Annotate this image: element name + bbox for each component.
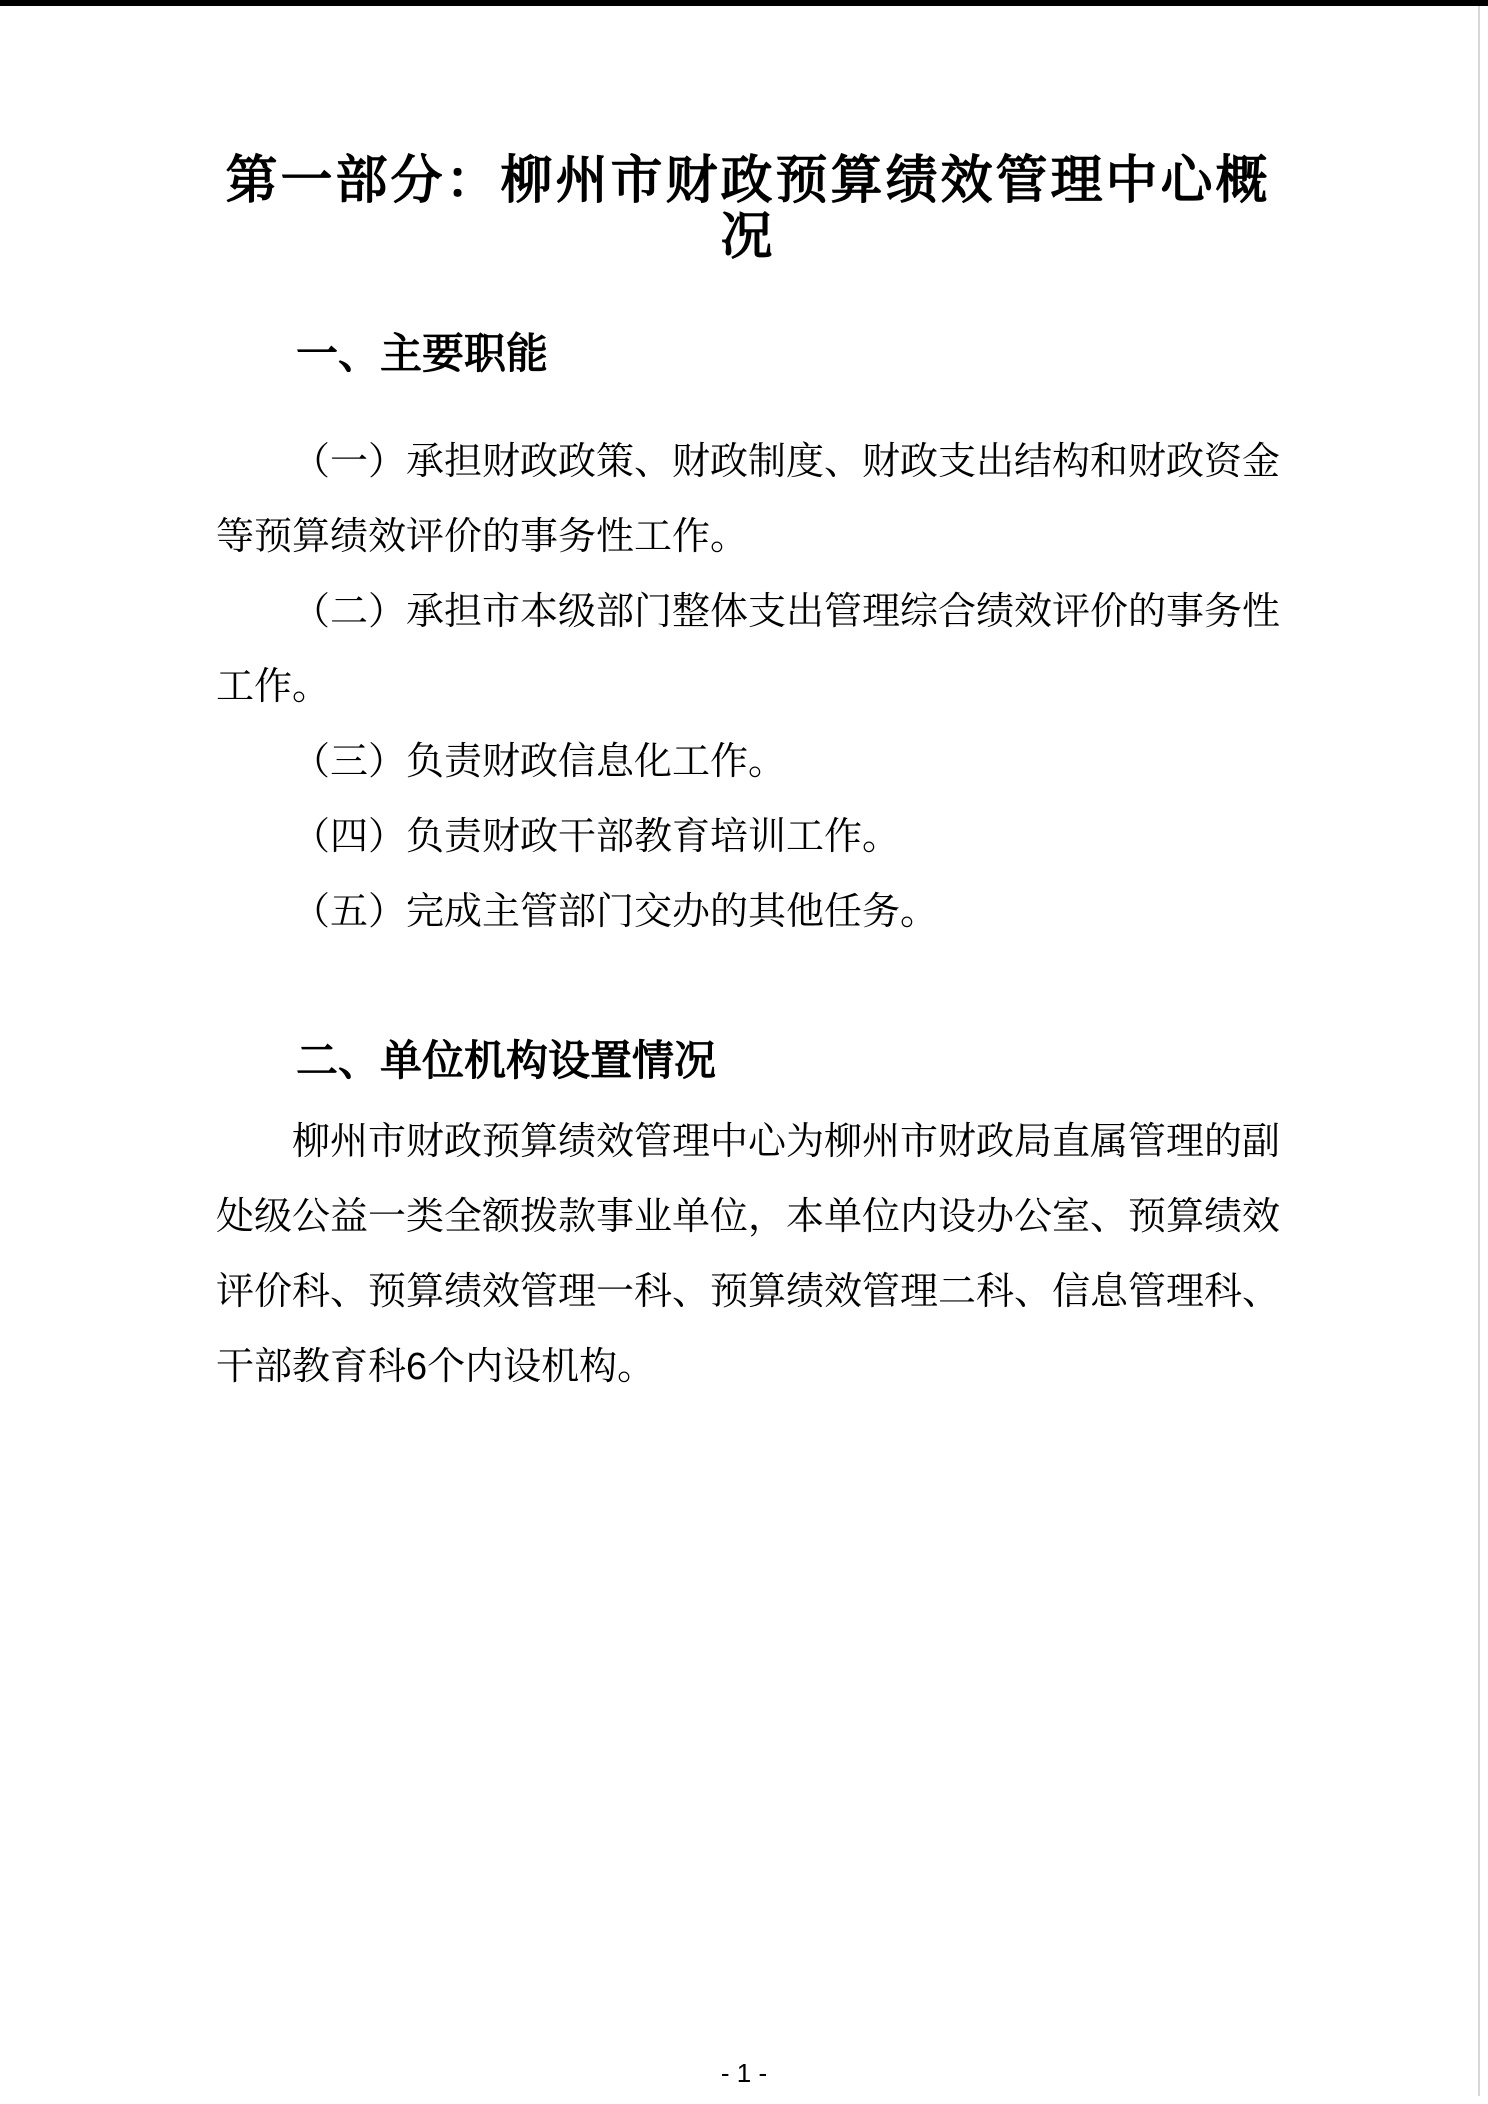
paragraph: （一）承担财政政策、财政制度、财政支出结构和财政资金等预算绩效评价的事务性工作。 [216, 425, 1280, 575]
paragraph: （二）承担市本级部门整体支出管理综合绩效评价的事务性工作。 [216, 575, 1280, 725]
text-line: （一）承担财政政策、财政制度、财政支出结构和财政资金 [216, 425, 1280, 500]
text-line: 评价科、预算绩效管理一科、预算绩效管理二科、信息管理科、 [216, 1255, 1280, 1330]
document-content: 第一部分：柳州市财政预算绩效管理中心概况一、主要职能（一）承担财政政策、财政制度… [216, 0, 1280, 1405]
text-line: 第一部分：柳州市财政预算绩效管理中心概 [216, 153, 1280, 209]
section-heading: 一、主要职能 [216, 316, 1280, 392]
page-number: - 1 - [721, 2058, 767, 2088]
text-line: （四）负责财政干部教育培训工作。 [216, 800, 1280, 875]
paragraph: （三）负责财政信息化工作。 [216, 725, 1280, 800]
text-line: 处级公益一类全额拨款事业单位，本单位内设办公室、预算绩效 [216, 1180, 1280, 1255]
text-line: 况 [216, 209, 1280, 265]
text-line: 干部教育科6个内设机构。 [216, 1330, 1280, 1405]
document-title: 第一部分：柳州市财政预算绩效管理中心概况 [216, 153, 1280, 265]
text-line: 工作。 [216, 650, 1280, 725]
text-line: （五）完成主管部门交办的其他任务。 [216, 875, 1280, 950]
text-line: （三）负责财政信息化工作。 [216, 725, 1280, 800]
page-edge-line [1478, 6, 1480, 2096]
document-page: { "page": { "top_bar_color": "#000000", … [0, 0, 1488, 2104]
section-heading: 二、单位机构设置情况 [216, 1023, 1280, 1099]
text-line: 等预算绩效评价的事务性工作。 [216, 500, 1280, 575]
page-footer: - 1 - [0, 2058, 1488, 2088]
paragraph: （五）完成主管部门交办的其他任务。 [216, 875, 1280, 950]
paragraph: 柳州市财政预算绩效管理中心为柳州市财政局直属管理的副处级公益一类全额拨款事业单位… [216, 1105, 1280, 1405]
text-line: 柳州市财政预算绩效管理中心为柳州市财政局直属管理的副 [216, 1105, 1280, 1180]
paragraph: （四）负责财政干部教育培训工作。 [216, 800, 1280, 875]
text-line: （二）承担市本级部门整体支出管理综合绩效评价的事务性 [216, 575, 1280, 650]
